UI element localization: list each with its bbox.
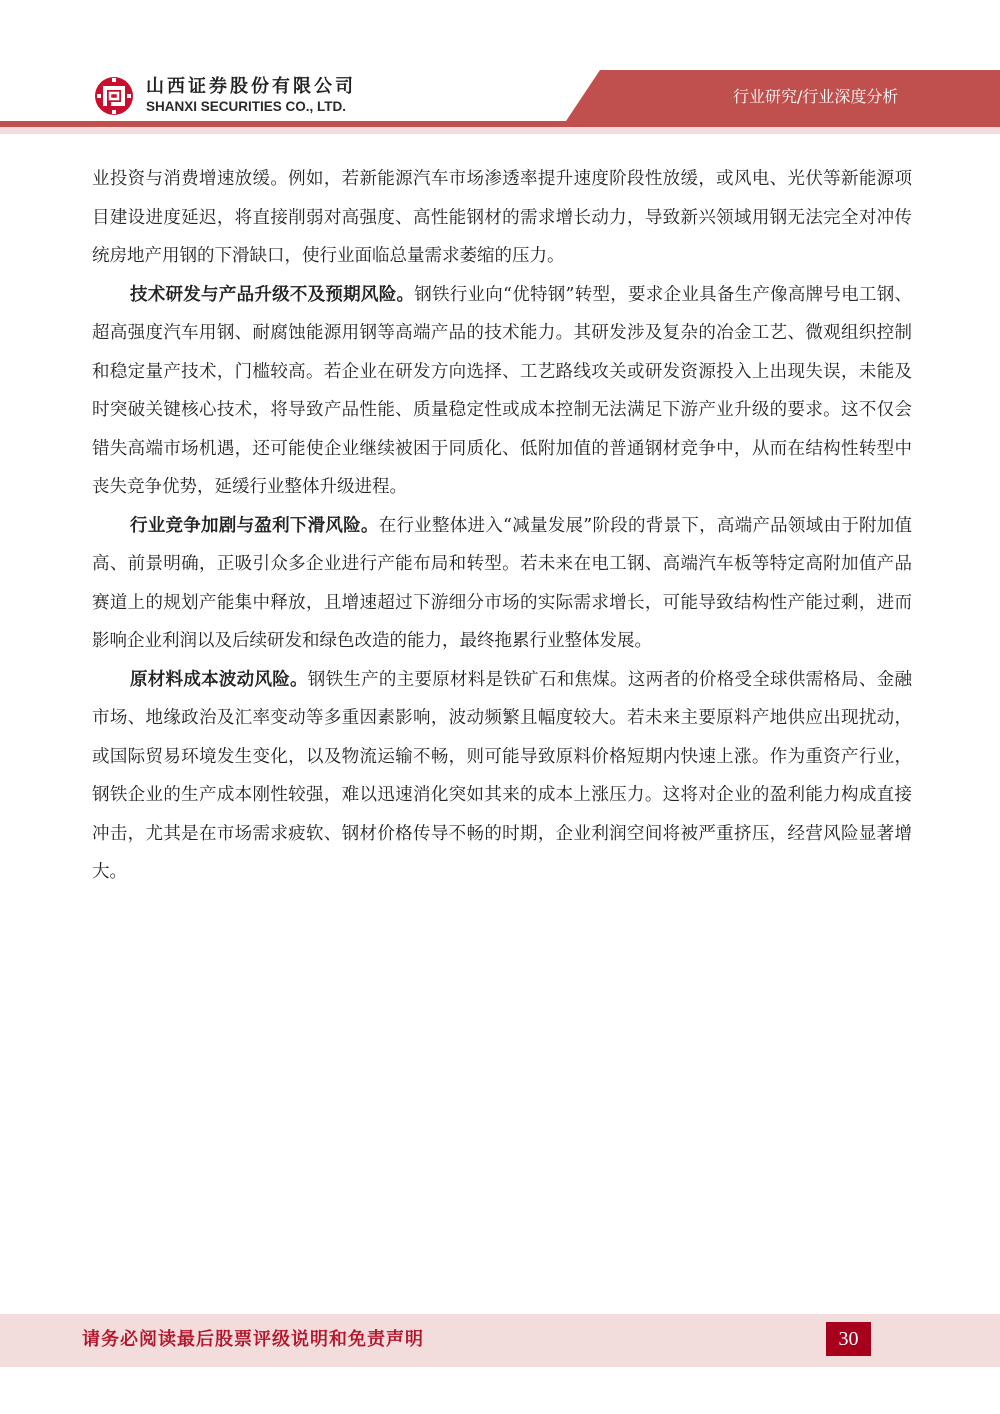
report-category-label: 行业研究/行业深度分析: [733, 87, 898, 107]
paragraph-heading: 技术研发与产品升级不及预期风险。: [130, 285, 414, 305]
shanxi-securities-logo-icon: [93, 75, 135, 117]
report-body: 业投资与消费增速放缓。例如，若新能源汽车市场渗透率提升速度阶段性放缓，或风电、光…: [92, 160, 912, 892]
company-name-en: SHANXI SECURITIES CO., LTD.: [146, 100, 346, 114]
paragraph-competition-risk: 行业竞争加剧与盈利下滑风险。在行业整体进入“减量发展”阶段的背景下，高端产品领域…: [92, 507, 912, 661]
page-number: 30: [826, 1322, 871, 1356]
paragraph-text: 钢铁行业向“优特钢”转型，要求企业具备生产像高牌号电工钢、超高强度汽车用钢、耐腐…: [92, 285, 912, 498]
paragraph-heading: 原材料成本波动风险。: [130, 670, 308, 690]
page-header: 山西证券股份有限公司 SHANXI SECURITIES CO., LTD. 行…: [0, 0, 1000, 140]
paragraph-raw-material-risk: 原材料成本波动风险。钢铁生产的主要原材料是铁矿石和焦煤。这两者的价格受全球供需格…: [92, 661, 912, 892]
company-name-cn: 山西证券股份有限公司: [146, 77, 356, 97]
paragraph-text: 钢铁生产的主要原材料是铁矿石和焦煤。这两者的价格受全球供需格局、金融市场、地缘政…: [92, 670, 912, 883]
paragraph-tech-risk: 技术研发与产品升级不及预期风险。钢铁行业向“优特钢”转型，要求企业具备生产像高牌…: [92, 276, 912, 507]
disclaimer-notice: 请务必阅读最后股票评级说明和免责声明: [82, 1328, 424, 1352]
paragraph-heading: 行业竞争加剧与盈利下滑风险。: [130, 516, 379, 536]
paragraph-continued: 业投资与消费增速放缓。例如，若新能源汽车市场渗透率提升速度阶段性放缓，或风电、光…: [92, 160, 912, 276]
header-band: [0, 0, 1000, 140]
paragraph-text: 业投资与消费增速放缓。例如，若新能源汽车市场渗透率提升速度阶段性放缓，或风电、光…: [92, 169, 912, 266]
